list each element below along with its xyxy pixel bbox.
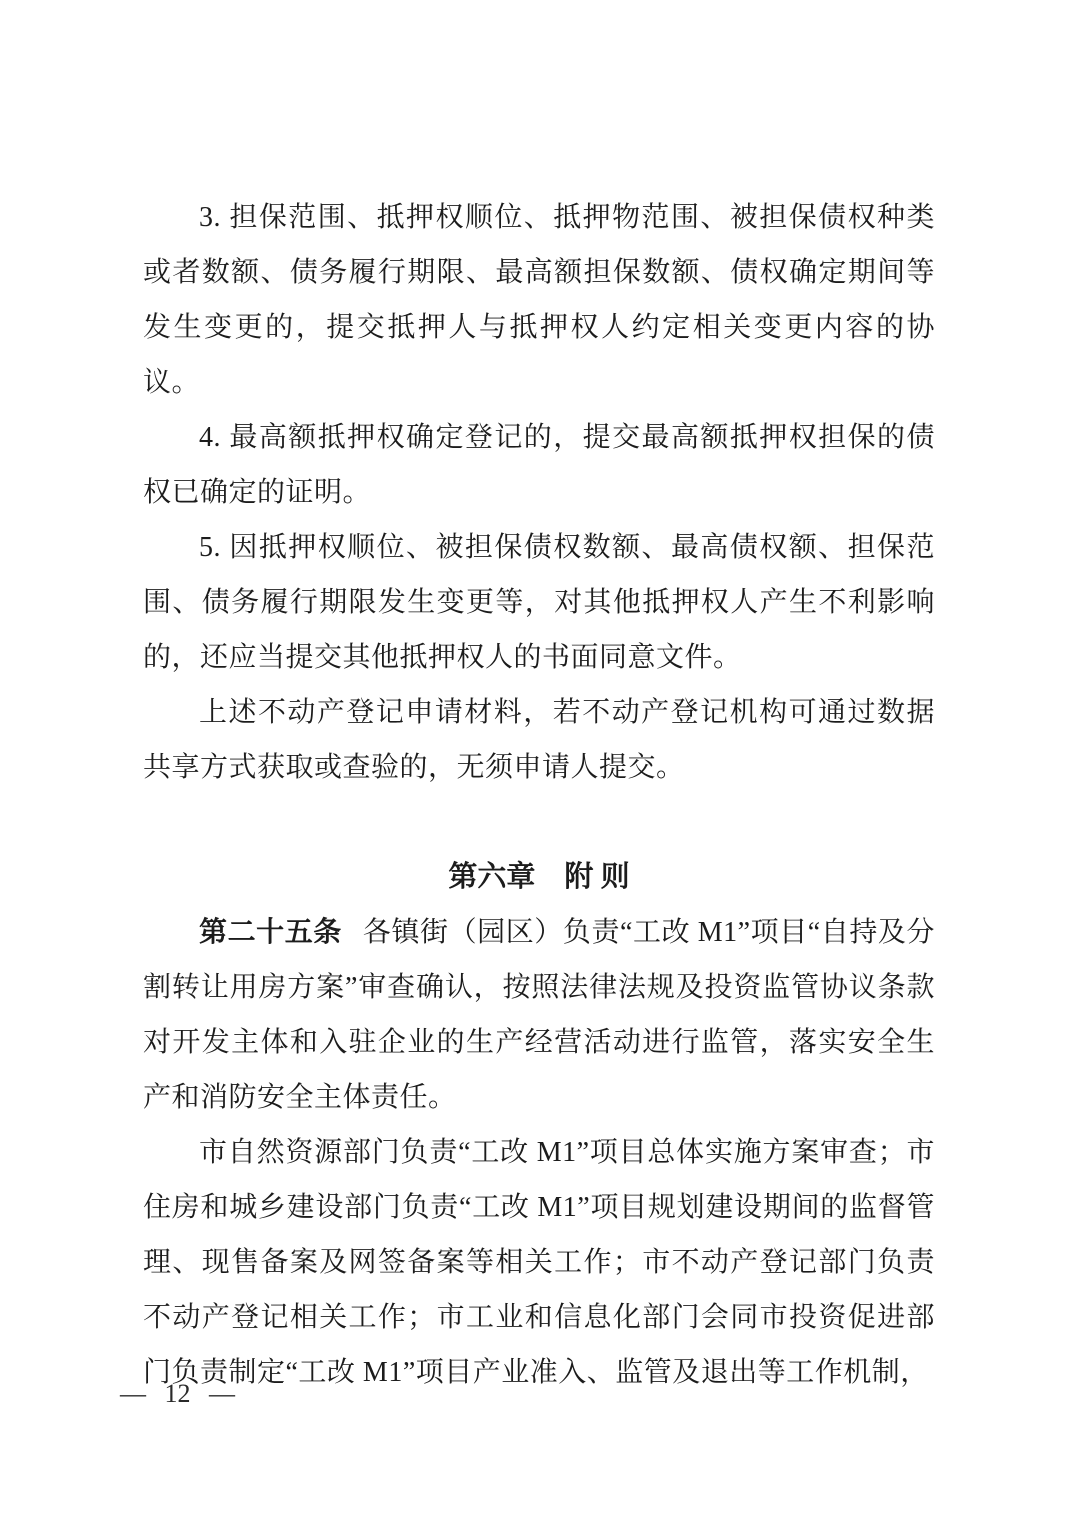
paragraph-item-4: 4. 最高额抵押权确定登记的，提交最高额抵押权担保的债权已确定的证明。	[143, 410, 935, 520]
document-body: 3. 担保范围、抵押权顺位、抵押物范围、被担保债权种类或者数额、债务履行期限、最…	[143, 190, 935, 1400]
article-25-label: 第二十五条	[199, 917, 342, 948]
paragraph-article-25: 第二十五条各镇街（园区）负责“工改 M1”项目“自持及分割转让用房方案”审查确认…	[143, 905, 935, 1125]
page-number-footer: — 12 —	[120, 1381, 235, 1407]
paragraph-item-5: 5. 因抵押权顺位、被担保债权数额、最高债权额、担保范围、债务履行期限发生变更等…	[143, 520, 935, 685]
chapter-heading: 第六章 附 则	[143, 850, 935, 905]
paragraph-item-3: 3. 担保范围、抵押权顺位、抵押物范围、被担保债权种类或者数额、债务履行期限、最…	[143, 190, 935, 410]
document-page: 3. 担保范围、抵押权顺位、抵押物范围、被担保债权种类或者数额、债务履行期限、最…	[0, 0, 1071, 1515]
paragraph-departments: 市自然资源部门负责“工改 M1”项目总体实施方案审查；市住房和城乡建设部门负责“…	[143, 1125, 935, 1400]
paragraph-data-sharing-note: 上述不动产登记申请材料，若不动产登记机构可通过数据共享方式获取或查验的，无须申请…	[143, 685, 935, 795]
